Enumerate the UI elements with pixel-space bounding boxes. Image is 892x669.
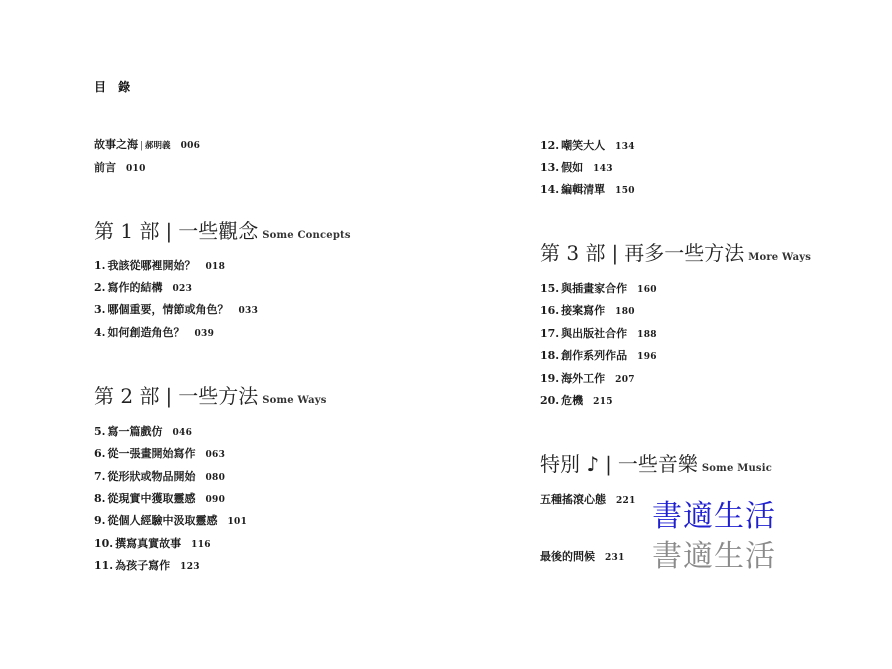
toc-entry[interactable]: 19.海外工作207 [540,372,635,387]
chapter-page: 123 [180,562,200,572]
chapter-title: 哪個重要，情節或角色？ [107,303,228,316]
chapter-title: 寫一篇戲仿 [107,425,162,438]
part-number: 特別 ♪ [540,452,599,476]
part-title: 再多一些方法 [624,241,744,265]
entry-title: 故事之海 [94,138,138,151]
part-english: Some Ways [262,395,326,406]
chapter-title: 最後的問候 [540,550,595,563]
toc-entry[interactable]: 16.接案寫作180 [540,304,635,319]
chapter-page: 188 [637,330,657,340]
toc-entry[interactable]: 10.撰寫真實故事116 [94,537,211,552]
part-title: 一些觀念 [178,219,258,243]
chapter-title: 為孩子寫作 [115,559,170,572]
toc-entry[interactable]: 最後的問候231 [540,550,625,565]
toc-entry[interactable]: 2.寫作的結構023 [94,281,192,296]
watermark-gray: 書適生活 [652,540,776,574]
chapter-page: 046 [172,428,192,438]
chapter-page: 160 [637,285,657,295]
chapter-page: 023 [172,284,192,294]
chapter-title: 我該從哪裡開始？ [107,259,195,272]
chapter-title: 接案寫作 [561,304,605,317]
part-separator: | [165,219,172,243]
toc-entry[interactable]: 五種搖滾心態221 [540,493,636,508]
part-separator: | [165,384,172,408]
toc-entry[interactable]: 20.危機215 [540,394,613,409]
chapter-page: 143 [593,164,613,174]
toc-entry[interactable]: 12.嘲笑大人134 [540,139,635,154]
chapter-number: 20. [540,394,559,407]
chapter-page: 116 [191,540,211,550]
toc-entry[interactable]: 7.從形狀或物品開始080 [94,470,225,485]
chapter-page: 215 [593,397,613,407]
toc-entry[interactable]: 8.從現實中獲取靈感090 [94,492,225,507]
toc-entry[interactable]: 13.假如143 [540,161,613,176]
chapter-title: 寫作的結構 [107,281,162,294]
chapter-number: 14. [540,183,559,196]
part-english: Some Music [702,463,772,474]
chapter-number: 12. [540,139,559,152]
chapter-title: 撰寫真實故事 [115,537,181,550]
chapter-number: 7. [94,470,105,483]
chapter-title: 海外工作 [561,372,605,385]
entry-title: 前言 [94,161,116,174]
toc-entry[interactable]: 9.從個人經驗中汲取靈感101 [94,514,247,529]
chapter-number: 16. [540,304,559,317]
part-english: Some Concepts [262,230,351,241]
chapter-number: 5. [94,425,105,438]
part-number: 第 3 部 [540,241,605,265]
chapter-title: 如何創造角色？ [107,326,184,339]
chapter-page: 018 [205,262,225,272]
chapter-number: 18. [540,349,559,362]
chapter-page: 150 [615,186,635,196]
entry-separator: | [140,141,143,151]
chapter-page: 063 [205,450,225,460]
chapter-title: 假如 [561,161,583,174]
entry-page: 010 [126,164,146,174]
chapter-number: 11. [94,559,113,572]
chapter-title: 從現實中獲取靈感 [107,492,195,505]
part-separator: | [611,241,618,265]
chapter-page: 080 [205,473,225,483]
part-heading-3: 第 3 部|再多一些方法More Ways [540,241,811,270]
chapter-title: 創作系列作品 [561,349,627,362]
chapter-number: 4. [94,326,105,339]
chapter-number: 17. [540,327,559,340]
part-number: 第 1 部 [94,219,159,243]
toc-entry[interactable]: 6.從一張畫開始寫作063 [94,447,225,462]
toc-entry[interactable]: 15.與插畫家合作160 [540,282,657,297]
part-english: More Ways [748,252,811,263]
part-number: 第 2 部 [94,384,159,408]
chapter-title: 與插畫家合作 [561,282,627,295]
part-heading-1: 第 1 部|一些觀念Some Concepts [94,219,351,248]
chapter-page: 033 [238,306,258,316]
chapter-number: 13. [540,161,559,174]
toc-entry-preface[interactable]: 前言010 [94,161,146,176]
part-title: 一些方法 [178,384,258,408]
chapter-number: 8. [94,492,105,505]
chapter-title: 從一張畫開始寫作 [107,447,195,460]
chapter-number: 2. [94,281,105,294]
toc-entry[interactable]: 11.為孩子寫作123 [94,559,200,574]
chapter-number: 1. [94,259,105,272]
chapter-page: 231 [605,553,625,563]
toc-entry[interactable]: 18.創作系列作品196 [540,349,657,364]
toc-entry[interactable]: 4.如何創造角色？039 [94,326,214,341]
chapter-number: 6. [94,447,105,460]
watermark-blue: 書適生活 [652,500,776,534]
part-separator: | [605,452,612,476]
toc-entry[interactable]: 14.編輯清單150 [540,183,635,198]
chapter-number: 19. [540,372,559,385]
chapter-page: 196 [637,352,657,362]
chapter-number: 3. [94,303,105,316]
part-heading-2: 第 2 部|一些方法Some Ways [94,384,327,413]
page-title: 目 錄 [94,78,134,95]
chapter-number: 10. [94,537,113,550]
chapter-page: 101 [227,517,247,527]
part-title: 一些音樂 [618,452,698,476]
chapter-title: 危機 [561,394,583,407]
chapter-title: 編輯清單 [561,183,605,196]
toc-entry[interactable]: 17.與出版社合作188 [540,327,657,342]
chapter-title: 五種搖滾心態 [540,493,606,506]
chapter-page: 039 [194,329,214,339]
chapter-page: 180 [615,307,635,317]
entry-page: 006 [181,141,201,151]
toc-entry[interactable]: 3.哪個重要，情節或角色？033 [94,303,258,318]
toc-entry-foreword[interactable]: 故事之海|郝明義006 [94,138,200,153]
chapter-page: 207 [615,375,635,385]
entry-author: 郝明義 [145,141,171,151]
toc-entry[interactable]: 1.我該從哪裡開始？018 [94,259,225,274]
chapter-title: 從個人經驗中汲取靈感 [107,514,217,527]
chapter-page: 134 [615,142,635,152]
chapter-title: 與出版社合作 [561,327,627,340]
part-heading-special: 特別 ♪|一些音樂Some Music [540,452,772,481]
chapter-page: 090 [205,495,225,505]
chapter-number: 15. [540,282,559,295]
toc-entry[interactable]: 5.寫一篇戲仿046 [94,425,192,440]
chapter-title: 從形狀或物品開始 [107,470,195,483]
chapter-title: 嘲笑大人 [561,139,605,152]
chapter-page: 221 [616,496,636,506]
chapter-number: 9. [94,514,105,527]
